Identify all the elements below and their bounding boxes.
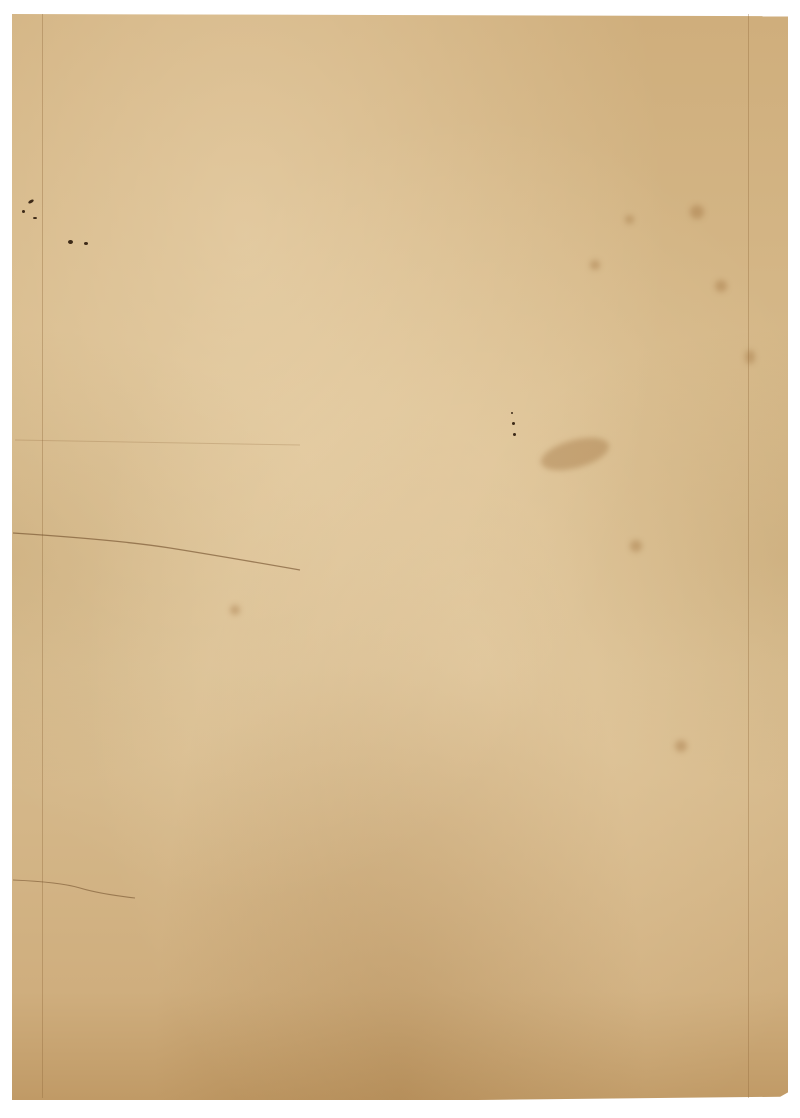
ink-speck — [511, 412, 513, 414]
stain — [630, 540, 642, 552]
stain — [230, 605, 240, 615]
ink-speck — [33, 217, 37, 219]
stain — [745, 350, 755, 364]
stain — [715, 280, 727, 292]
ink-speck — [84, 242, 88, 245]
ink-speck — [512, 422, 515, 425]
stain — [590, 260, 600, 270]
stain — [625, 215, 634, 224]
stain — [690, 205, 704, 219]
ink-speck — [513, 433, 516, 436]
ink-speck — [22, 210, 25, 213]
stain — [675, 740, 687, 752]
paper-creases — [0, 0, 800, 1118]
ink-speck — [68, 240, 73, 244]
